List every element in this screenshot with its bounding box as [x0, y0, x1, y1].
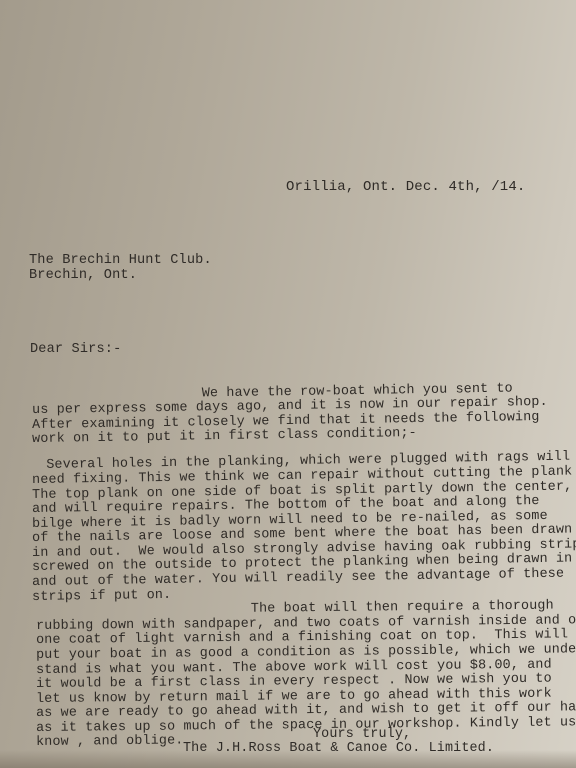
recipient-name: The Brechin Hunt Club. [29, 253, 212, 268]
recipient-location: Brechin, Ont. [29, 268, 137, 283]
body-line: know , and oblige. [36, 733, 183, 750]
page-edge-shadow [0, 750, 576, 768]
salutation: Dear Sirs:- [30, 342, 121, 357]
closing: Yours truly, [313, 727, 411, 742]
letter-page: Orillia, Ont. Dec. 4th, /14. The Brechin… [0, 0, 576, 768]
dateline: Orillia, Ont. Dec. 4th, /14. [286, 179, 525, 195]
